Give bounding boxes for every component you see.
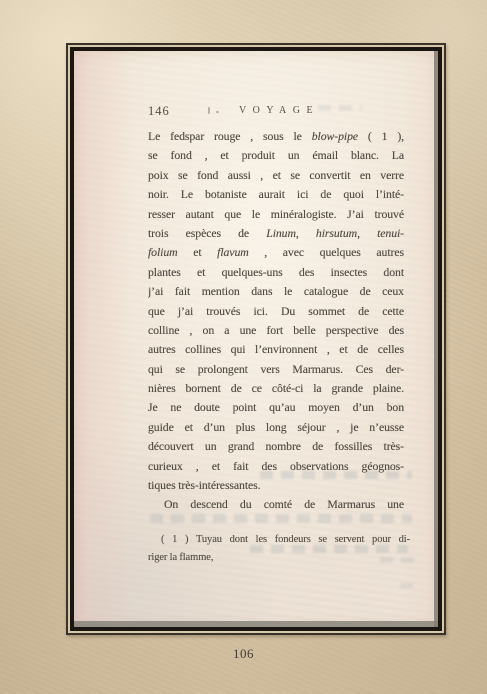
text-line: colline , on a une fort belle perspectiv… [148,321,404,340]
text-line: découvert un grand nombre de fossilles t… [148,437,404,456]
text-segment: plantes et quelques-uns des insectes don… [148,265,404,279]
text-line: qui se prolongent vers Marmarus. Ces der… [148,360,404,379]
text-line: guide et d’un plus long séjour , je n’eu… [148,418,404,437]
text-segment: resser autant que le minéralogiste. J’ai… [148,207,404,221]
text-segment: poix se fond aussi , et se convertit en … [148,168,404,182]
text-segment: tiques très-intéressantes. [148,478,261,492]
italic-text-segment: folium [148,245,178,259]
text-line: que j’ai trouvés ici. Du sommet de cette [148,302,404,321]
text-segment: ( 1 ), [358,129,404,143]
italic-text-segment: flavum [217,245,249,259]
text-segment: , avec quelques autres [249,245,404,259]
text-segment: et [178,245,218,259]
text-block: 146 VOYAGE Le fedspar rouge , sous le bl… [148,104,404,568]
text-segment: On descend du comté de Marmarus une [164,497,404,511]
italic-text-segment: blow-pipe [312,129,358,143]
text-segment: nières bornent de ce côté-ci la grande p… [148,381,404,395]
scan-page-number: 106 [0,646,487,662]
scanned-page: 146 VOYAGE Le fedspar rouge , sous le bl… [70,47,442,631]
text-line: tiques très-intéressantes. [148,476,404,495]
text-line: Le fedspar rouge , sous le blow-pipe ( 1… [148,127,404,146]
text-line: folium et flavum , avec quelques autres [148,243,404,262]
text-segment: riger la flamme, [148,552,213,563]
body-text: Le fedspar rouge , sous le blow-pipe ( 1… [148,127,404,515]
folio-number: 146 [148,104,170,119]
italic-text-segment: Linum [266,226,296,240]
running-title: VOYAGE [233,105,319,116]
scanned-book-spread: 146 VOYAGE Le fedspar rouge , sous le bl… [0,0,487,694]
text-segment: Le fedspar rouge , sous le [148,129,312,143]
italic-text-segment: hirsutum [316,226,357,240]
italic-text-segment: tenui- [377,226,404,240]
text-segment: , [296,226,316,240]
text-segment: autres collines qui l’environnent , et d… [148,342,404,356]
text-segment: Je ne doute point qu’au moyen d’un bon [148,400,404,414]
footnote: ( 1 ) Tuyau dont les fondeurs se servent… [148,531,410,568]
text-line: j’ai fait mention dans le catalogue de c… [148,282,404,301]
text-line: nières bornent de ce côté-ci la grande p… [148,379,404,398]
text-line: poix se fond aussi , et se convertit en … [148,166,404,185]
text-segment: j’ai fait mention dans le catalogue de c… [148,284,404,298]
text-line: plantes et quelques-uns des insectes don… [148,263,404,282]
text-line: On descend du comté de Marmarus une [148,495,404,514]
text-line: riger la flamme, [148,549,410,568]
text-segment: qui se prolongent vers Marmarus. Ces der… [148,362,404,376]
text-segment: , [357,226,377,240]
running-header: 146 VOYAGE [148,104,404,119]
text-line: autres collines qui l’environnent , et d… [148,340,404,359]
text-line: noir. Le botaniste aurait ici de quoi l’… [148,185,404,204]
text-line: resser autant que le minéralogiste. J’ai… [148,205,404,224]
text-line: se fond , et produit un émail blanc. La [148,146,404,165]
page-frame-border: 146 VOYAGE Le fedspar rouge , sous le bl… [66,43,446,635]
text-line: trois espèces de Linum, hirsutum, tenui- [148,224,404,243]
text-segment: se fond , et produit un émail blanc. La [148,148,404,162]
page-content: 146 VOYAGE Le fedspar rouge , sous le bl… [74,51,438,627]
text-segment: découvert un grand nombre de fossilles t… [148,439,404,453]
text-segment: que j’ai trouvés ici. Du sommet de cette [148,304,404,318]
text-line: Je ne doute point qu’au moyen d’un bon [148,398,404,417]
text-line: curieux , et fait des observations géogn… [148,457,404,476]
text-segment: colline , on a une fort belle perspectiv… [148,323,404,337]
text-segment: guide et d’un plus long séjour , je n’eu… [148,420,404,434]
text-segment: ( 1 ) Tuyau dont les fondeurs se servent… [161,534,410,545]
text-segment: noir. Le botaniste aurait ici de quoi l’… [148,187,404,201]
text-segment: trois espèces de [148,226,266,240]
text-segment: curieux , et fait des observations géogn… [148,459,404,473]
text-line: ( 1 ) Tuyau dont les fondeurs se servent… [148,531,410,550]
